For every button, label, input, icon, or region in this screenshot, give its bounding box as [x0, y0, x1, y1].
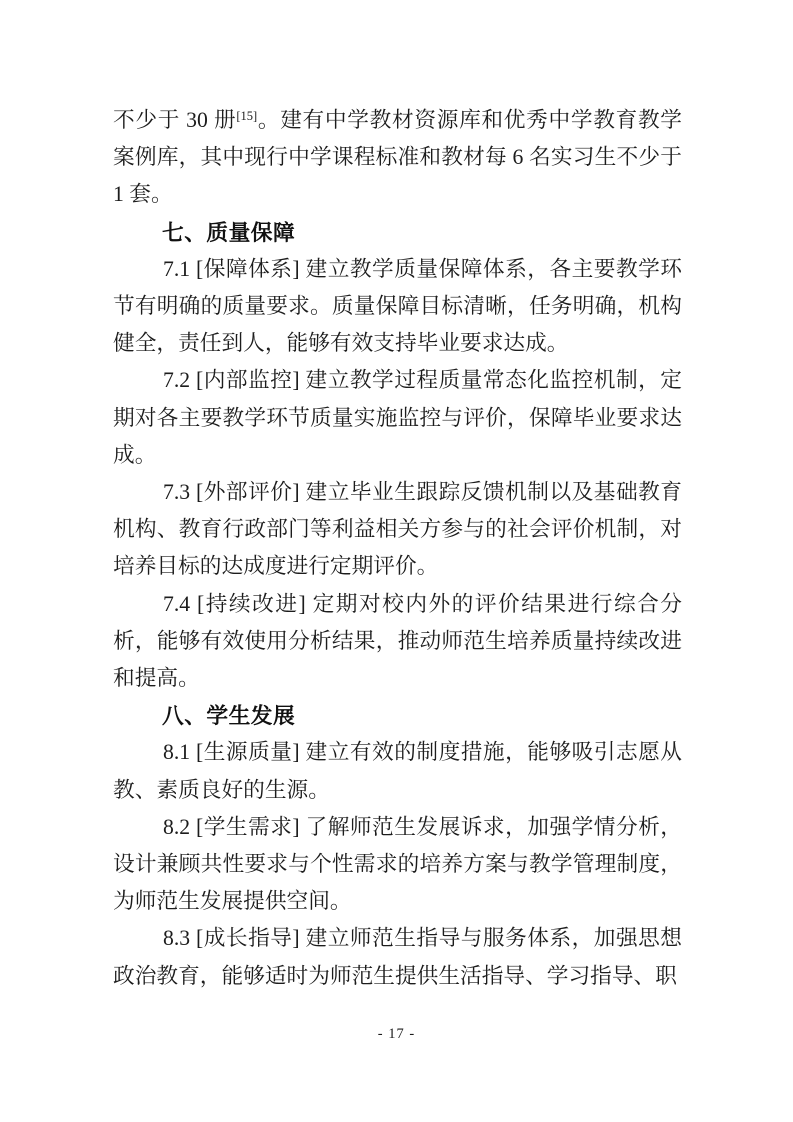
paragraph: 7.1 [保障体系] 建立教学质量保障体系，各主要教学环节有明确的质量要求。质量…	[113, 251, 682, 363]
paragraph: 7.4 [持续改进] 定期对校内外的评价结果进行综合分析，能够有效使用分析结果，…	[113, 586, 682, 698]
paragraph: 8.2 [学生需求] 了解师范生发展诉求，加强学情分析，设计兼顾共性要求与个性需…	[113, 809, 682, 921]
document-page: 不少于 30 册[15]。建有中学教材资源库和优秀中学教育教学案例库，其中现行中…	[0, 0, 793, 1122]
paragraph: 7.3 [外部评价] 建立毕业生跟踪反馈机制以及基础教育机构、教育行政部门等利益…	[113, 474, 682, 586]
paragraph: 不少于 30 册[15]。建有中学教材资源库和优秀中学教育教学案例库，其中现行中…	[113, 102, 682, 214]
page-footer: - 17 -	[0, 1026, 793, 1043]
section-heading: 七、质量保障	[113, 214, 682, 251]
page-number: - 17 -	[378, 1026, 415, 1042]
paragraph: 8.1 [生源质量] 建立有效的制度措施，能够吸引志愿从教、素质良好的生源。	[113, 734, 682, 808]
paragraph: 8.3 [成长指导] 建立师范生指导与服务体系，加强思想政治教育，能够适时为师范…	[113, 920, 682, 994]
document-content: 不少于 30 册[15]。建有中学教材资源库和优秀中学教育教学案例库，其中现行中…	[113, 102, 682, 995]
section-heading: 八、学生发展	[113, 697, 682, 734]
paragraph: 7.2 [内部监控] 建立教学过程质量常态化监控机制，定期对各主要教学环节质量实…	[113, 362, 682, 474]
footnote-reference: [15]	[236, 109, 257, 123]
